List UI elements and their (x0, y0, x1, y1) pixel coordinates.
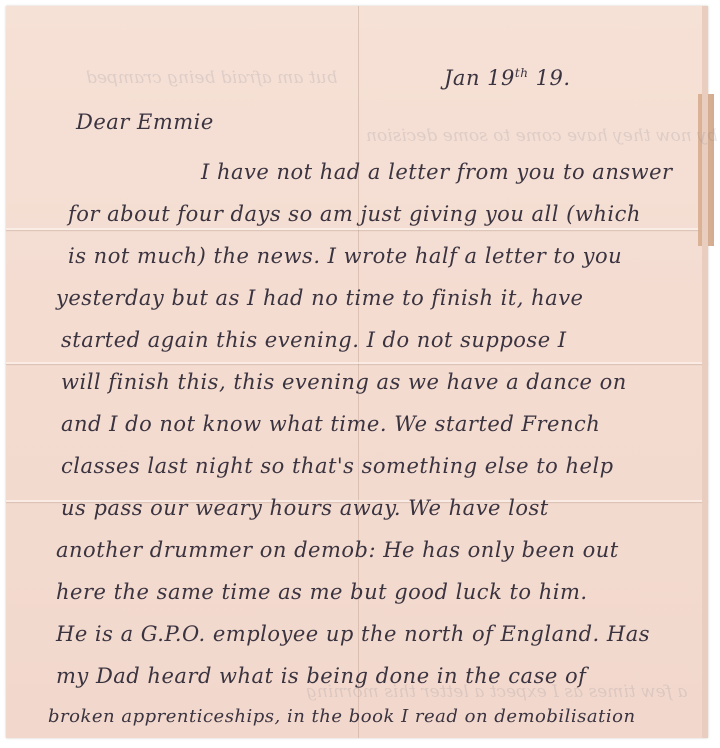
letter-date: Jan 19th 19. (444, 66, 571, 90)
letter-line: for about four days so am just giving yo… (68, 202, 641, 226)
letter-paper: but am afraid being cramped perhaps by n… (6, 6, 708, 738)
letter-line: yesterday but as I had no time to finish… (56, 286, 584, 310)
letter-line: here the same time as me but good luck t… (56, 580, 588, 604)
letter-line: He is a G.P.O. employee up the north of … (56, 622, 650, 646)
letter-body: Jan 19th 19. Dear Emmie I have not had a… (6, 6, 708, 738)
salutation: Dear Emmie (76, 110, 214, 134)
letter-line: will finish this, this evening as we hav… (61, 370, 627, 394)
letter-line: started again this evening. I do not sup… (61, 328, 567, 352)
letter-line: broken apprenticeships, in the book I re… (48, 706, 636, 727)
letter-line: classes last night so that's something e… (61, 454, 614, 478)
letter-line: another drummer on demob: He has only be… (56, 538, 619, 562)
letter-line: my Dad heard what is being done in the c… (56, 664, 586, 688)
letter-line: is not much) the news. I wrote half a le… (68, 244, 622, 268)
letter-line: I have not had a letter from you to answ… (201, 160, 673, 184)
letter-line: us pass our weary hours away. We have lo… (61, 496, 549, 520)
letter-line: and I do not know what time. We started … (61, 412, 600, 436)
